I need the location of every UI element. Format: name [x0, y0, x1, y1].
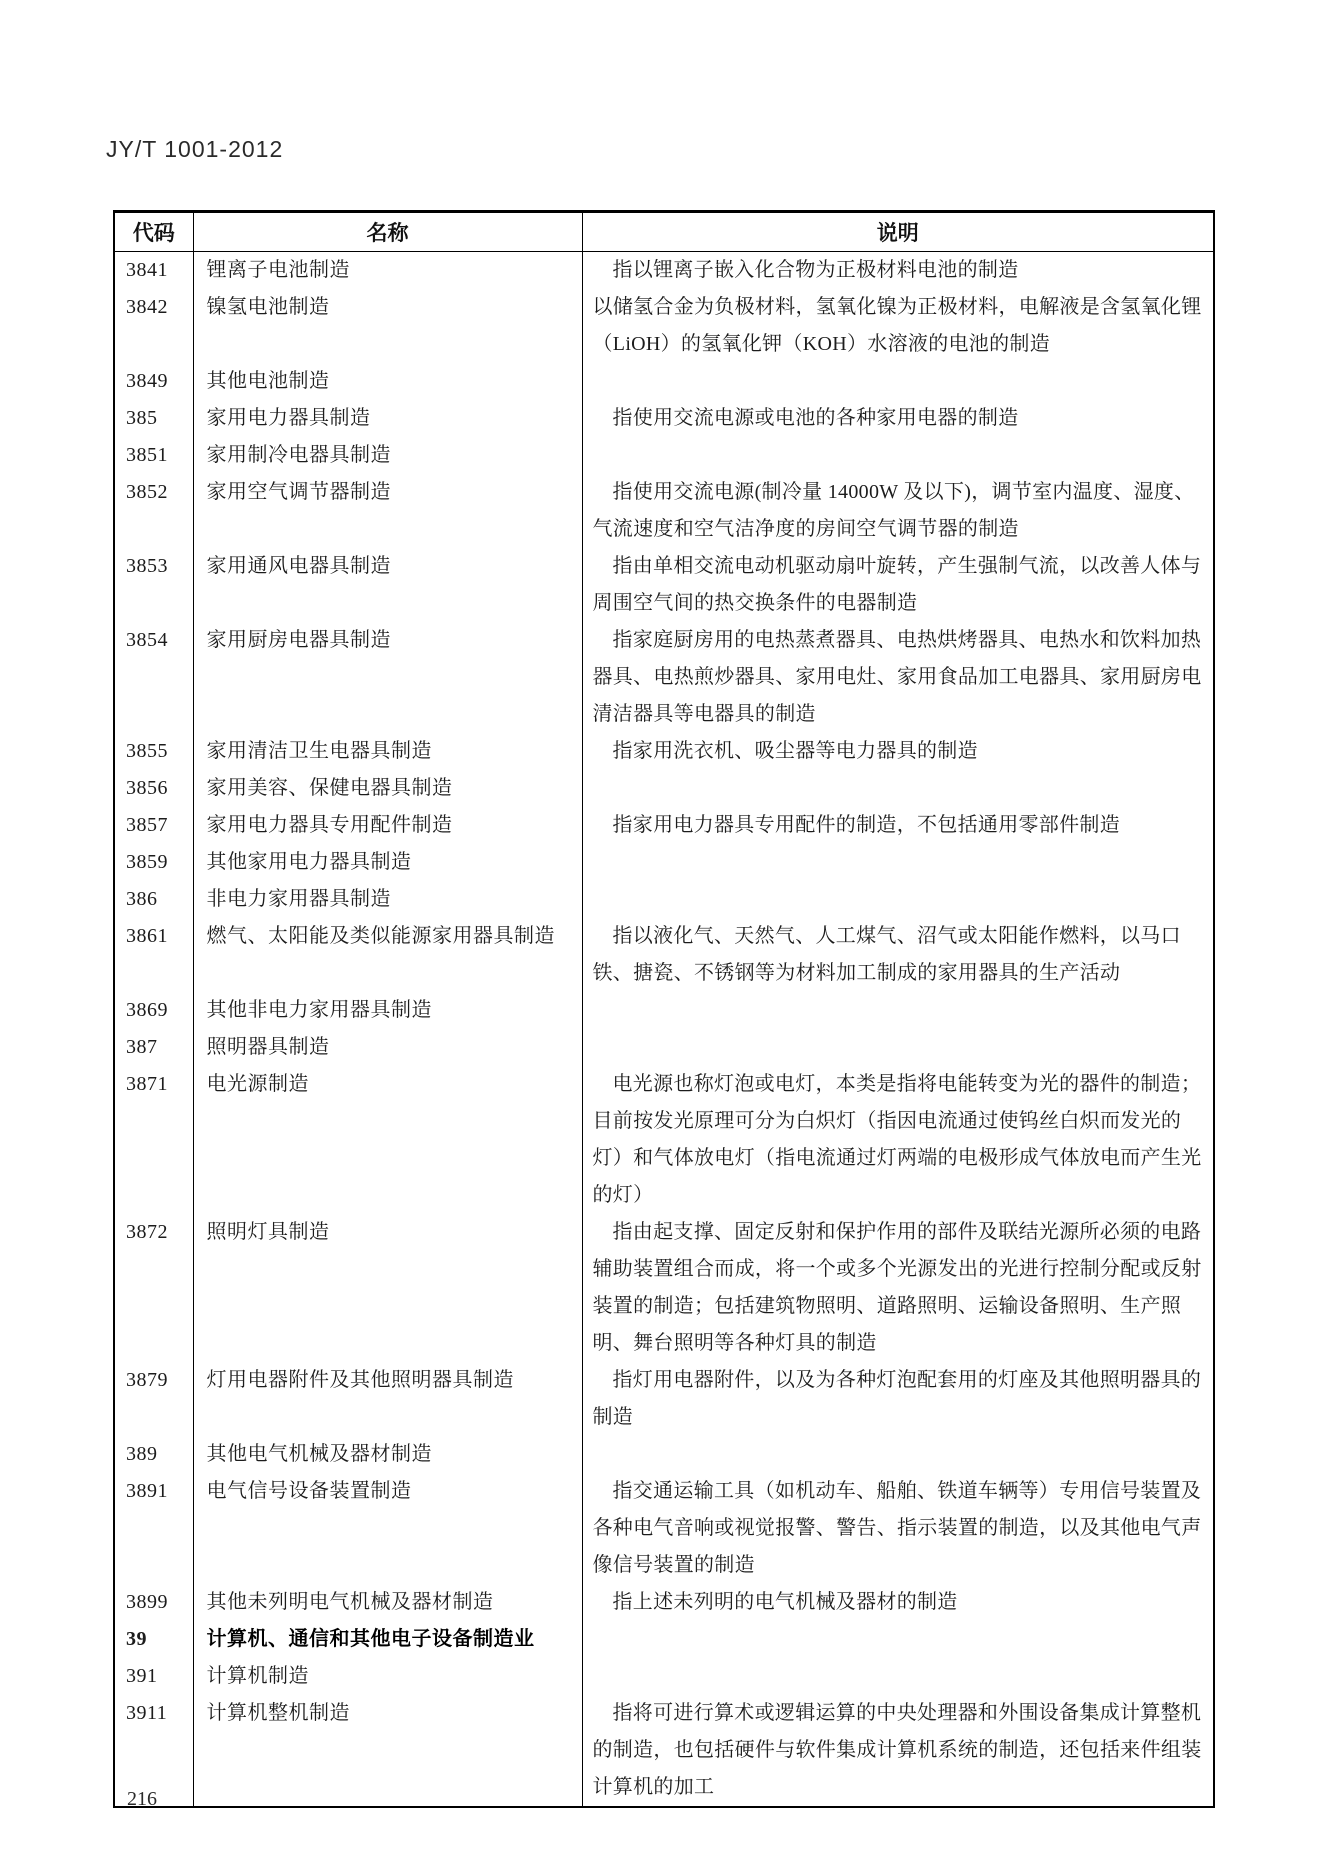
table-row: 3911计算机整机制造指将可进行算术或逻辑运算的中央处理器和外围设备集成计算整机…	[114, 1695, 1214, 1807]
table-row: 3899其他未列明电气机械及器材制造指上述未列明的电气机械及器材的制造	[114, 1584, 1214, 1621]
code-cell: 3841	[114, 252, 193, 290]
table-row: 386非电力家用器具制造	[114, 881, 1214, 918]
description-text: 以储氢合金为负极材料，氢氧化镍为正极材料，电解液是含氢氧化锂（LiOH）的氢氧化…	[593, 289, 1206, 363]
table-header-row: 代码 名称 说明	[114, 212, 1214, 252]
table-row: 3871电光源制造电光源也称灯泡或电灯，本类是指将电能转变为光的器件的制造；目前…	[114, 1066, 1214, 1214]
description-cell: 指使用交流电源(制冷量 14000W 及以下)，调节室内温度、湿度、气流速度和空…	[582, 474, 1214, 548]
name-cell: 其他电气机械及器材制造	[193, 1436, 582, 1473]
code-cell: 3859	[114, 844, 193, 881]
name-cell: 电光源制造	[193, 1066, 582, 1214]
description-cell	[582, 1436, 1214, 1473]
table-row: 3879灯用电器附件及其他照明器具制造指灯用电器附件，以及为各种灯泡配套用的灯座…	[114, 1362, 1214, 1436]
code-cell: 389	[114, 1436, 193, 1473]
description-cell: 指家庭厨房用的电热蒸煮器具、电热烘烤器具、电热水和饮料加热器具、电热煎炒器具、家…	[582, 622, 1214, 733]
code-cell: 3872	[114, 1214, 193, 1362]
name-cell: 其他非电力家用器具制造	[193, 992, 582, 1029]
name-cell: 计算机制造	[193, 1658, 582, 1695]
table-row: 3853家用通风电器具制造指由单相交流电动机驱动扇叶旋转，产生强制气流，以改善人…	[114, 548, 1214, 622]
name-cell: 电气信号设备装置制造	[193, 1473, 582, 1584]
name-cell: 计算机、通信和其他电子设备制造业	[193, 1621, 582, 1658]
table-row: 3872照明灯具制造指由起支撑、固定反射和保护作用的部件及联结光源所必须的电路辅…	[114, 1214, 1214, 1362]
description-cell	[582, 1029, 1214, 1066]
code-cell: 3861	[114, 918, 193, 992]
name-cell: 燃气、太阳能及类似能源家用器具制造	[193, 918, 582, 992]
code-cell: 39	[114, 1621, 193, 1658]
code-cell: 391	[114, 1658, 193, 1695]
column-header-name: 名称	[193, 212, 582, 252]
table-row: 3851家用制冷电器具制造	[114, 437, 1214, 474]
table-row: 3852家用空气调节器制造指使用交流电源(制冷量 14000W 及以下)，调节室…	[114, 474, 1214, 548]
name-cell: 其他电池制造	[193, 363, 582, 400]
code-cell: 3842	[114, 289, 193, 363]
table-row: 3857家用电力器具专用配件制造指家用电力器具专用配件的制造，不包括通用零部件制…	[114, 807, 1214, 844]
code-cell: 3855	[114, 733, 193, 770]
code-cell: 3857	[114, 807, 193, 844]
description-text: 指将可进行算术或逻辑运算的中央处理器和外围设备集成计算整机的制造，也包括硬件与软…	[593, 1695, 1206, 1806]
name-cell: 照明器具制造	[193, 1029, 582, 1066]
description-cell	[582, 437, 1214, 474]
description-cell	[582, 1621, 1214, 1658]
name-cell: 家用清洁卫生电器具制造	[193, 733, 582, 770]
code-cell: 3856	[114, 770, 193, 807]
code-cell: 3871	[114, 1066, 193, 1214]
code-cell: 387	[114, 1029, 193, 1066]
table-row: 3856家用美容、保健电器具制造	[114, 770, 1214, 807]
table-row: 3869其他非电力家用器具制造	[114, 992, 1214, 1029]
name-cell: 灯用电器附件及其他照明器具制造	[193, 1362, 582, 1436]
description-text: 指灯用电器附件，以及为各种灯泡配套用的灯座及其他照明器具的制造	[593, 1362, 1206, 1436]
table-row: 387照明器具制造	[114, 1029, 1214, 1066]
description-cell: 指家用洗衣机、吸尘器等电力器具的制造	[582, 733, 1214, 770]
description-text: 指由单相交流电动机驱动扇叶旋转，产生强制气流，以改善人体与周围空气间的热交换条件…	[593, 548, 1206, 622]
name-cell: 家用空气调节器制造	[193, 474, 582, 548]
table-row: 3849其他电池制造	[114, 363, 1214, 400]
table-row: 3841锂离子电池制造指以锂离子嵌入化合物为正极材料电池的制造	[114, 252, 1214, 290]
column-header-description: 说明	[582, 212, 1214, 252]
code-cell: 3852	[114, 474, 193, 548]
name-cell: 家用制冷电器具制造	[193, 437, 582, 474]
description-cell: 指上述未列明的电气机械及器材的制造	[582, 1584, 1214, 1621]
description-text: 指使用交流电源(制冷量 14000W 及以下)，调节室内温度、湿度、气流速度和空…	[593, 474, 1206, 548]
description-text: 指家用洗衣机、吸尘器等电力器具的制造	[593, 733, 1206, 770]
name-cell: 镍氢电池制造	[193, 289, 582, 363]
code-cell: 385	[114, 400, 193, 437]
description-cell: 指家用电力器具专用配件的制造，不包括通用零部件制造	[582, 807, 1214, 844]
description-text: 电光源也称灯泡或电灯，本类是指将电能转变为光的器件的制造；目前按发光原理可分为白…	[593, 1066, 1206, 1214]
table-row: 3854家用厨房电器具制造指家庭厨房用的电热蒸煮器具、电热烘烤器具、电热水和饮料…	[114, 622, 1214, 733]
code-cell: 3869	[114, 992, 193, 1029]
name-cell: 家用通风电器具制造	[193, 548, 582, 622]
name-cell: 非电力家用器具制造	[193, 881, 582, 918]
description-cell	[582, 881, 1214, 918]
code-cell: 3899	[114, 1584, 193, 1621]
table-row: 3891电气信号设备装置制造指交通运输工具（如机动车、船舶、铁道车辆等）专用信号…	[114, 1473, 1214, 1584]
document-page: JY/T 1001-2012 代码 名称 说明 3841锂离子电池制造指以锂离子…	[0, 0, 1323, 1871]
table-row: 3859其他家用电力器具制造	[114, 844, 1214, 881]
code-cell: 3853	[114, 548, 193, 622]
description-text: 指使用交流电源或电池的各种家用电器的制造	[593, 400, 1206, 437]
description-cell: 电光源也称灯泡或电灯，本类是指将电能转变为光的器件的制造；目前按发光原理可分为白…	[582, 1066, 1214, 1214]
classification-table: 代码 名称 说明 3841锂离子电池制造指以锂离子嵌入化合物为正极材料电池的制造…	[113, 210, 1215, 1808]
table-row: 3855家用清洁卫生电器具制造指家用洗衣机、吸尘器等电力器具的制造	[114, 733, 1214, 770]
description-cell: 指交通运输工具（如机动车、船舶、铁道车辆等）专用信号装置及各种电气音响或视觉报警…	[582, 1473, 1214, 1584]
code-cell: 3849	[114, 363, 193, 400]
name-cell: 家用美容、保健电器具制造	[193, 770, 582, 807]
code-cell: 3891	[114, 1473, 193, 1584]
name-cell: 其他未列明电气机械及器材制造	[193, 1584, 582, 1621]
description-cell: 以储氢合金为负极材料，氢氧化镍为正极材料，电解液是含氢氧化锂（LiOH）的氢氧化…	[582, 289, 1214, 363]
table-row: 389其他电气机械及器材制造	[114, 1436, 1214, 1473]
description-text: 指上述未列明的电气机械及器材的制造	[593, 1584, 1206, 1621]
name-cell: 其他家用电力器具制造	[193, 844, 582, 881]
description-text: 指以锂离子嵌入化合物为正极材料电池的制造	[593, 252, 1206, 289]
table-body: 3841锂离子电池制造指以锂离子嵌入化合物为正极材料电池的制造3842镍氢电池制…	[114, 252, 1214, 1808]
description-cell: 指以液化气、天然气、人工煤气、沼气或太阳能作燃料，以马口铁、搪瓷、不锈钢等为材料…	[582, 918, 1214, 992]
code-cell: 3879	[114, 1362, 193, 1436]
table-row: 3842镍氢电池制造以储氢合金为负极材料，氢氧化镍为正极材料，电解液是含氢氧化锂…	[114, 289, 1214, 363]
description-cell	[582, 992, 1214, 1029]
standard-code: JY/T 1001-2012	[106, 136, 283, 163]
name-cell: 照明灯具制造	[193, 1214, 582, 1362]
code-cell: 3854	[114, 622, 193, 733]
description-text: 指以液化气、天然气、人工煤气、沼气或太阳能作燃料，以马口铁、搪瓷、不锈钢等为材料…	[593, 918, 1206, 992]
description-cell	[582, 363, 1214, 400]
page-number: 216	[127, 1788, 157, 1811]
table-row: 3861燃气、太阳能及类似能源家用器具制造指以液化气、天然气、人工煤气、沼气或太…	[114, 918, 1214, 992]
column-header-code: 代码	[114, 212, 193, 252]
description-cell: 指将可进行算术或逻辑运算的中央处理器和外围设备集成计算整机的制造，也包括硬件与软…	[582, 1695, 1214, 1807]
table-row: 385家用电力器具制造指使用交流电源或电池的各种家用电器的制造	[114, 400, 1214, 437]
table-row: 391计算机制造	[114, 1658, 1214, 1695]
description-cell: 指由单相交流电动机驱动扇叶旋转，产生强制气流，以改善人体与周围空气间的热交换条件…	[582, 548, 1214, 622]
name-cell: 计算机整机制造	[193, 1695, 582, 1807]
description-cell: 指以锂离子嵌入化合物为正极材料电池的制造	[582, 252, 1214, 290]
name-cell: 锂离子电池制造	[193, 252, 582, 290]
description-cell	[582, 844, 1214, 881]
description-text: 指家用电力器具专用配件的制造，不包括通用零部件制造	[593, 807, 1206, 844]
description-cell: 指灯用电器附件，以及为各种灯泡配套用的灯座及其他照明器具的制造	[582, 1362, 1214, 1436]
description-cell	[582, 770, 1214, 807]
description-cell: 指使用交流电源或电池的各种家用电器的制造	[582, 400, 1214, 437]
name-cell: 家用电力器具制造	[193, 400, 582, 437]
table-row: 39计算机、通信和其他电子设备制造业	[114, 1621, 1214, 1658]
name-cell: 家用厨房电器具制造	[193, 622, 582, 733]
name-cell: 家用电力器具专用配件制造	[193, 807, 582, 844]
description-text: 指由起支撑、固定反射和保护作用的部件及联结光源所必须的电路辅助装置组合而成，将一…	[593, 1214, 1206, 1362]
description-cell	[582, 1658, 1214, 1695]
code-cell: 386	[114, 881, 193, 918]
code-cell: 3851	[114, 437, 193, 474]
description-text: 指家庭厨房用的电热蒸煮器具、电热烘烤器具、电热水和饮料加热器具、电热煎炒器具、家…	[593, 622, 1206, 733]
description-text: 指交通运输工具（如机动车、船舶、铁道车辆等）专用信号装置及各种电气音响或视觉报警…	[593, 1473, 1206, 1584]
description-cell: 指由起支撑、固定反射和保护作用的部件及联结光源所必须的电路辅助装置组合而成，将一…	[582, 1214, 1214, 1362]
